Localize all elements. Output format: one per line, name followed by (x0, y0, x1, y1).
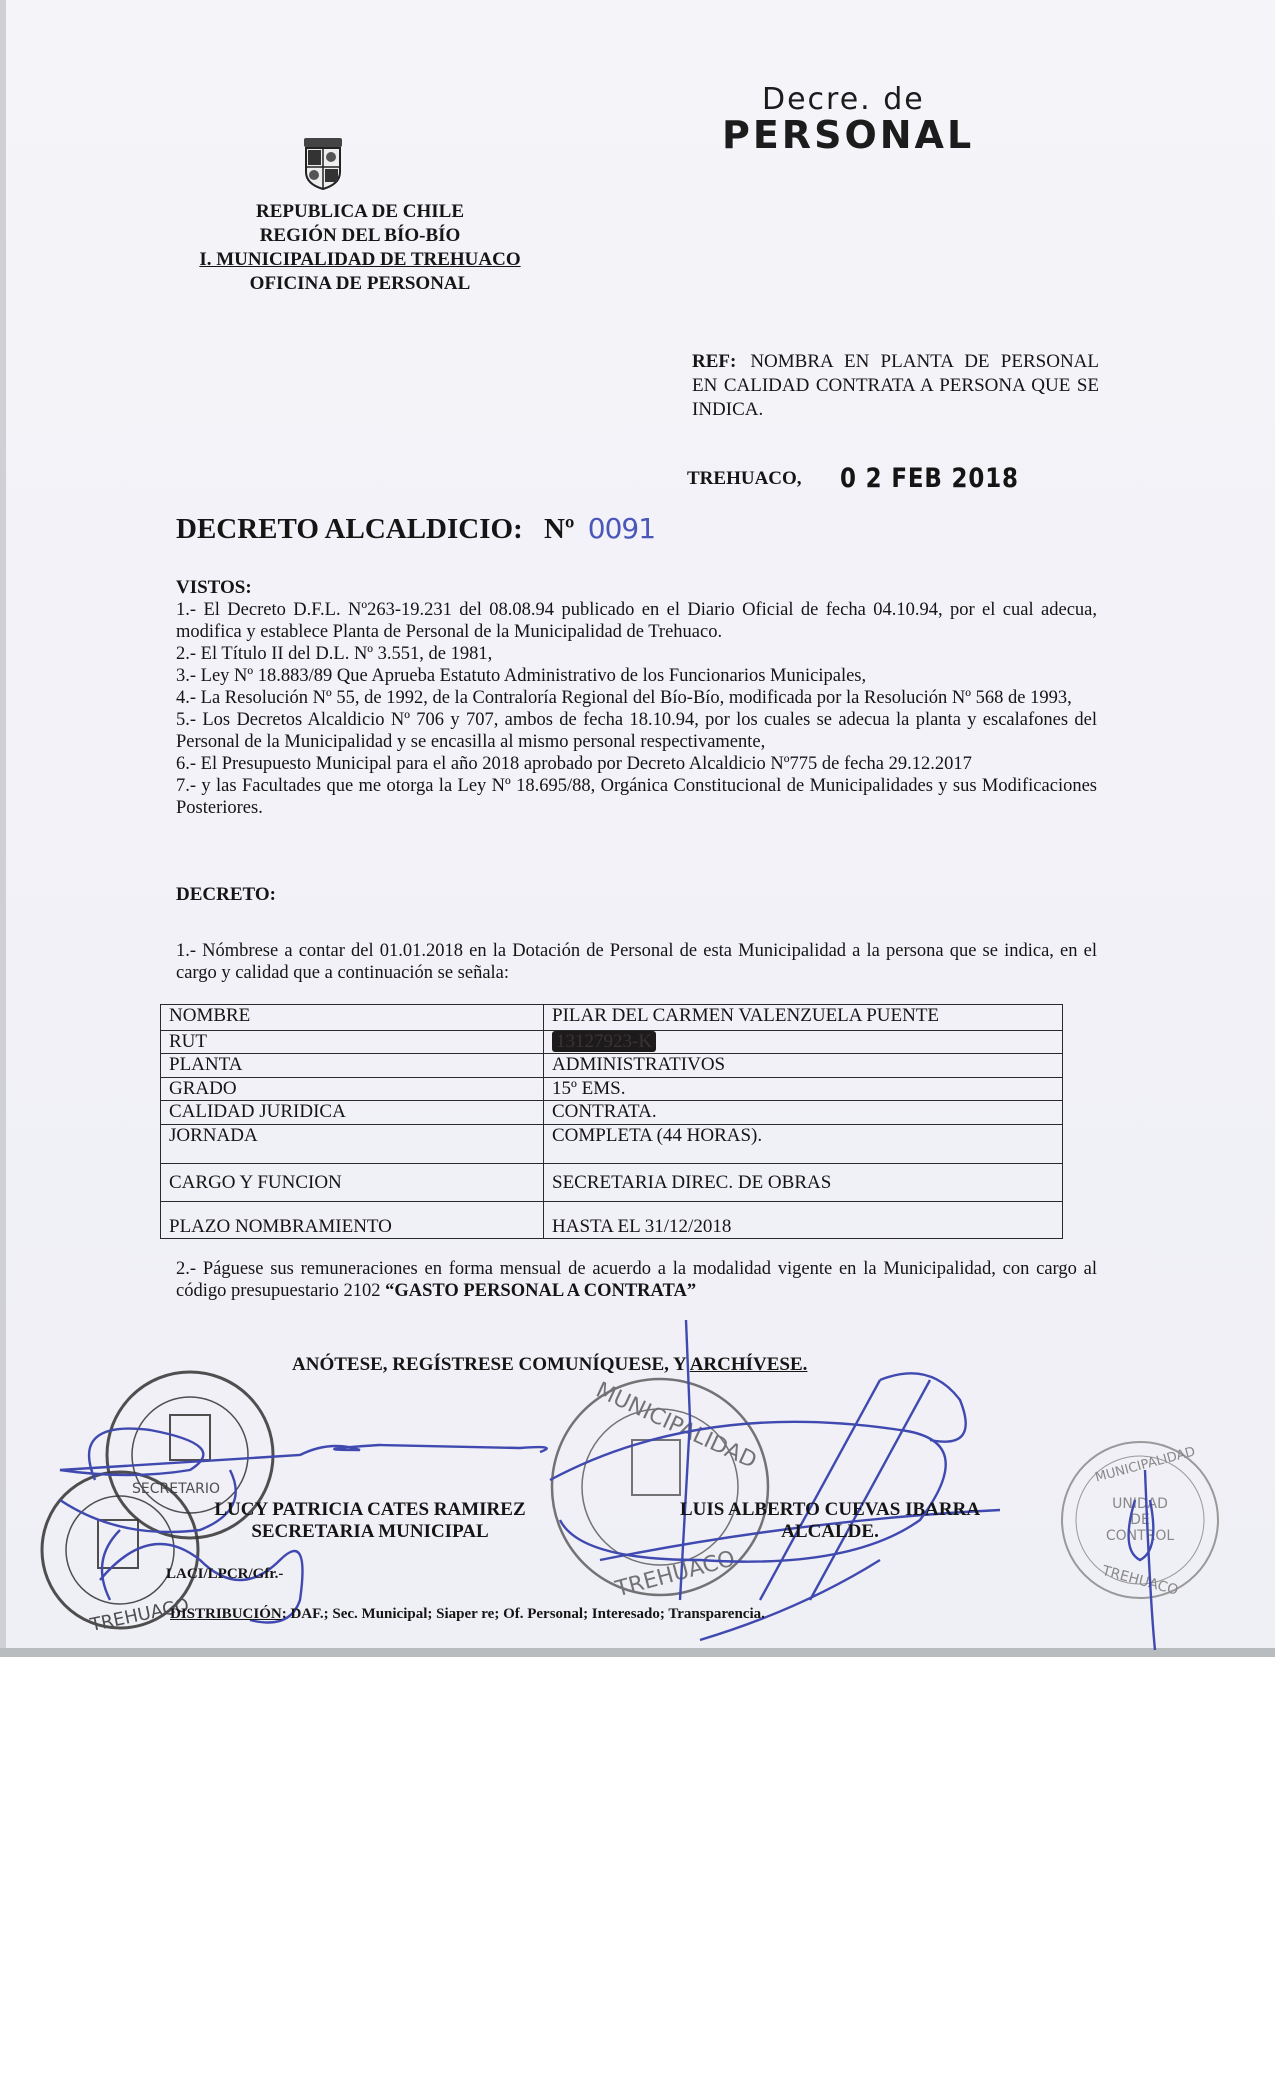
table-key: CARGO Y FUNCION (161, 1164, 544, 1202)
decree-number-handwritten: 0091 (588, 512, 655, 545)
secretary-name: LUCY PATRICIA CATES RAMIREZ (180, 1499, 560, 1521)
municipal-crest-icon (300, 138, 346, 190)
distribution-label: DISTRIBUCIÓN (170, 1606, 282, 1622)
table-value: PILAR DEL CARMEN VALENZUELA PUENTE (544, 1005, 1063, 1031)
issuer-header: REPUBLICA DE CHILE REGIÓN DEL BÍO-BÍO I.… (170, 200, 550, 296)
decreto-item-1: 1.- Nómbrese a contar del 01.01.2018 en … (176, 940, 1097, 984)
vistos-item: 2.- El Título II del D.L. Nº 3.551, de 1… (176, 643, 1097, 665)
vistos-item: 1.- El Decreto D.F.L. Nº263-19.231 del 0… (176, 599, 1097, 643)
table-value: 15º EMS. (544, 1078, 1063, 1101)
payment-budget-item: “GASTO PERSONAL A CONTRATA” (385, 1281, 696, 1301)
table-row: PLAZO NOMBRAMIENTO HASTA EL 31/12/2018 (161, 1202, 1063, 1239)
table-row: CARGO Y FUNCION SECRETARIA DIREC. DE OBR… (161, 1164, 1063, 1202)
table-key: PLANTA (161, 1054, 544, 1078)
date-stamp: 0 2 FEB 2018 (840, 463, 1019, 494)
header-country: REPUBLICA DE CHILE (170, 200, 550, 224)
closing-text: ANÓTESE, REGÍSTRESE COMUNÍQUESE, Y (292, 1354, 690, 1375)
stamp-line-2: PERSONAL (722, 113, 974, 157)
vistos-item: 4.- La Resolución Nº 55, de 1992, de la … (176, 687, 1097, 709)
vistos-item: 5.- Los Decretos Alcaldicio Nº 706 y 707… (176, 709, 1097, 753)
table-key: RUT (161, 1031, 544, 1054)
table-row: GRADO 15º EMS. (161, 1078, 1063, 1101)
table-row: JORNADA COMPLETA (44 HORAS). (161, 1125, 1063, 1164)
table-key: NOMBRE (161, 1005, 544, 1031)
decree-title: DECRETO ALCALDICIO: Nº 0091 (176, 512, 655, 546)
distribution-line: DISTRIBUCIÓN: DAF.; Sec. Municipal; Siap… (170, 1606, 765, 1623)
vistos-item: 7.- y las Facultades que me otorga la Le… (176, 775, 1097, 819)
secretary-title: SECRETARIA MUNICIPAL (180, 1521, 560, 1543)
decree-number-prefix: Nº (544, 513, 575, 545)
table-key: JORNADA (161, 1125, 544, 1164)
closing-formula: ANÓTESE, REGÍSTRESE COMUNÍQUESE, Y ARCHÍ… (292, 1354, 807, 1376)
vistos-item: 6.- El Presupuesto Municipal para el año… (176, 753, 1097, 775)
reference-block: REF:NOMBRA EN PLANTA DE PERSONAL EN CALI… (692, 350, 1099, 422)
table-value: HASTA EL 31/12/2018 (544, 1202, 1063, 1239)
table-row: RUT 13127923-K (161, 1031, 1063, 1054)
payment-clause: 2.- Páguese sus remuneraciones en forma … (176, 1258, 1097, 1302)
vistos-item: 3.- Ley Nº 18.883/89 Que Aprueba Estatut… (176, 665, 1097, 687)
decreto-heading: DECRETO: (176, 884, 1097, 906)
table-value: SECRETARIA DIREC. DE OBRAS (544, 1164, 1063, 1202)
header-region: REGIÓN DEL BÍO-BÍO (170, 224, 550, 248)
closing-archivese: ARCHÍVESE. (690, 1354, 808, 1375)
mayor-title: ALCALDE. (660, 1521, 1000, 1543)
ref-text: NOMBRA EN PLANTA DE PERSONAL EN CALIDAD … (692, 351, 1099, 420)
table-value-cell: 13127923-K (544, 1031, 1063, 1054)
table-row: CALIDAD JURIDICA CONTRATA. (161, 1101, 1063, 1125)
stamp-line-1: Decre. de (762, 82, 974, 117)
table-row: NOMBRE PILAR DEL CARMEN VALENZUELA PUENT… (161, 1005, 1063, 1031)
mayor-name: LUIS ALBERTO CUEVAS IBARRA (660, 1499, 1000, 1521)
appointment-table: NOMBRE PILAR DEL CARMEN VALENZUELA PUENT… (160, 1004, 1063, 1239)
table-value: CONTRATA. (544, 1101, 1063, 1125)
place-label: TREHUACO, (687, 468, 802, 490)
redacted-rut: 13127923-K (552, 1031, 656, 1052)
vistos-section: VISTOS: 1.- El Decreto D.F.L. Nº263-19.2… (176, 577, 1097, 819)
header-office: OFICINA DE PERSONAL (170, 272, 550, 296)
ref-label: REF: (692, 351, 736, 372)
table-key: GRADO (161, 1078, 544, 1101)
decreto-section-heading-wrap: DECRETO: (176, 884, 1097, 906)
header-municipality: I. MUNICIPALIDAD DE TREHUACO (170, 248, 550, 272)
decree-type-stamp: Decre. de PERSONAL (762, 82, 974, 157)
page-edge (0, 1648, 1275, 1657)
signature-block-secretary: LUCY PATRICIA CATES RAMIREZ SECRETARIA M… (180, 1499, 560, 1543)
vistos-heading: VISTOS: (176, 577, 1097, 599)
signature-block-mayor: LUIS ALBERTO CUEVAS IBARRA ALCALDE. (660, 1499, 1000, 1543)
table-row: PLANTA ADMINISTRATIVOS (161, 1054, 1063, 1078)
decree-label: DECRETO ALCALDICIO: (176, 513, 523, 545)
table-value: COMPLETA (44 HORAS). (544, 1125, 1063, 1164)
table-key: CALIDAD JURIDICA (161, 1101, 544, 1125)
table-value: ADMINISTRATIVOS (544, 1054, 1063, 1078)
initials: LACI/LPCR/Gfr.- (166, 1566, 283, 1583)
table-key: PLAZO NOMBRAMIENTO (161, 1202, 544, 1239)
distribution-list: : DAF.; Sec. Municipal; Siaper re; Of. P… (282, 1606, 765, 1622)
